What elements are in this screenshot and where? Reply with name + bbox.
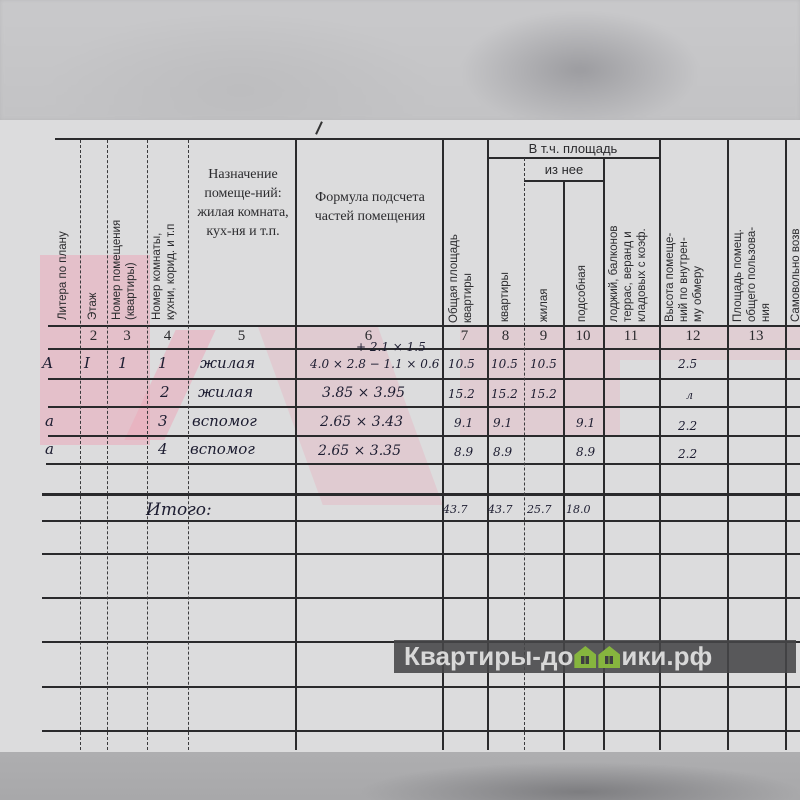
cell-height: л <box>686 389 693 402</box>
house-icon <box>598 646 620 668</box>
cell-litera: а <box>45 412 54 430</box>
cell-height: 2.5 <box>678 357 697 371</box>
cell-height: 2.2 <box>678 447 697 461</box>
totals-auxiliary-area: 18.0 <box>566 503 591 516</box>
cell-formula-addendum: + 2.1 × 1.5 <box>356 340 426 354</box>
totals-living-area: 25.7 <box>527 503 552 516</box>
totals-bottom-rule <box>42 520 800 522</box>
table-top-rule <box>55 138 800 140</box>
cell-height: 2.2 <box>678 419 697 433</box>
cell-room: 1 <box>158 354 168 372</box>
house-icon <box>574 646 596 668</box>
column-number: 10 <box>563 328 603 345</box>
header-common-area: Площадь помещ. общего пользова- ния <box>731 185 773 322</box>
cell-formula: 4.0 × 2.8 − 1.1 × 0.6 <box>310 357 439 371</box>
col-divider-2 <box>107 140 108 750</box>
cell-total-area: 8.9 <box>454 445 473 459</box>
cell-litera: а <box>45 440 54 458</box>
cell-purpose: жилая <box>198 383 253 401</box>
cell-auxiliary-area: 9.1 <box>576 416 595 430</box>
row-rule-1 <box>48 378 800 380</box>
cell-room: 2 <box>160 383 170 401</box>
cell-total-area: 9.1 <box>454 416 473 430</box>
blurred-background-top <box>0 0 800 120</box>
col-divider-4 <box>188 140 189 750</box>
column-number: 5 <box>188 328 295 345</box>
blank-row-rule-5 <box>42 730 800 732</box>
cell-purpose: жилая <box>200 354 255 372</box>
column-number: 13 <box>727 328 785 345</box>
totals-label: Итого: <box>146 500 212 520</box>
cell-auxiliary-area: 8.9 <box>576 445 595 459</box>
column-number: 2 <box>80 328 107 345</box>
cell-apartment-area: 10.5 <box>491 357 518 371</box>
blank-row-rule-2 <box>42 597 800 599</box>
blank-row-rule-4 <box>42 686 800 688</box>
watermark-text-start: Квартиры-до <box>404 641 573 671</box>
header-total-area: Общая площадь квартиры <box>447 195 475 323</box>
totals-top-rule <box>42 493 800 496</box>
col-divider-5 <box>295 140 297 750</box>
cell-formula: 2.65 × 3.35 <box>318 443 401 459</box>
cell-total-area: 10.5 <box>448 357 475 371</box>
header-subgroup: из нее <box>526 160 602 179</box>
cell-apartment: 1 <box>118 354 128 372</box>
column-number: 11 <box>603 328 659 345</box>
cell-living-area: 15.2 <box>530 387 557 401</box>
col-divider-3 <box>147 140 148 750</box>
cell-purpose: вспомог <box>190 440 255 458</box>
cell-apartment-area: 8.9 <box>493 445 512 459</box>
header-unauthorized: Самовольно возв <box>789 185 800 322</box>
cell-room: 4 <box>158 440 168 458</box>
blank-row-rule-1 <box>42 553 800 555</box>
cell-room: 3 <box>158 412 168 430</box>
column-number: 9 <box>524 328 563 345</box>
cell-apartment-area: 15.2 <box>491 387 518 401</box>
cell-apartment-area: 9.1 <box>493 416 512 430</box>
column-number: 3 <box>107 328 147 345</box>
row-rule-2 <box>48 406 800 408</box>
column-number: 4 <box>147 328 188 345</box>
cell-living-area: 10.5 <box>530 357 557 371</box>
col-divider-1 <box>80 140 81 750</box>
totals-total-area: 43.7 <box>443 503 468 516</box>
header-apartment-number: Номер помещения (квартиры) <box>110 185 138 320</box>
header-formula: Формула подсчета частей помещения <box>300 188 440 226</box>
cell-total-area: 15.2 <box>448 387 475 401</box>
header-group-area: В т.ч. площадь <box>490 139 656 158</box>
column-number: 7 <box>442 328 487 345</box>
cell-purpose: вспомог <box>192 412 257 430</box>
header-purpose: Назначение помеще-ний: жилая комната, ку… <box>192 165 294 241</box>
header-floor: Этаж <box>86 270 100 320</box>
column-number: 12 <box>659 328 727 345</box>
header-room-number: Номер комнаты, кухни, корид. и т.п <box>150 160 178 320</box>
row-rule-3 <box>48 435 800 437</box>
header-apartment-area: квартиры <box>498 250 512 322</box>
cell-floor: I <box>84 354 90 372</box>
blurred-background-bottom <box>0 752 800 800</box>
header-bottom-rule <box>48 325 800 327</box>
header-loggia-area: лоджий, балконов террас, веранд и кладов… <box>607 185 649 322</box>
header-living-area: жилая <box>537 280 551 322</box>
cell-litera: А <box>42 354 53 372</box>
totals-apartment-area: 43.7 <box>488 503 513 516</box>
site-watermark: Квартиры-доики.рф <box>394 640 796 673</box>
row-rule-4 <box>46 463 800 465</box>
column-number: 8 <box>487 328 524 345</box>
cell-formula: 3.85 × 3.95 <box>322 385 405 401</box>
header-auxiliary-area: подсобная <box>575 240 589 322</box>
watermark-text-end: ики.рф <box>621 641 712 671</box>
header-ceiling-height: Высота помеще- ний по внутрен- му обмеру <box>663 185 705 322</box>
header-litera: Литера по плану <box>56 190 70 320</box>
cell-formula: 2.65 × 3.43 <box>320 414 403 430</box>
